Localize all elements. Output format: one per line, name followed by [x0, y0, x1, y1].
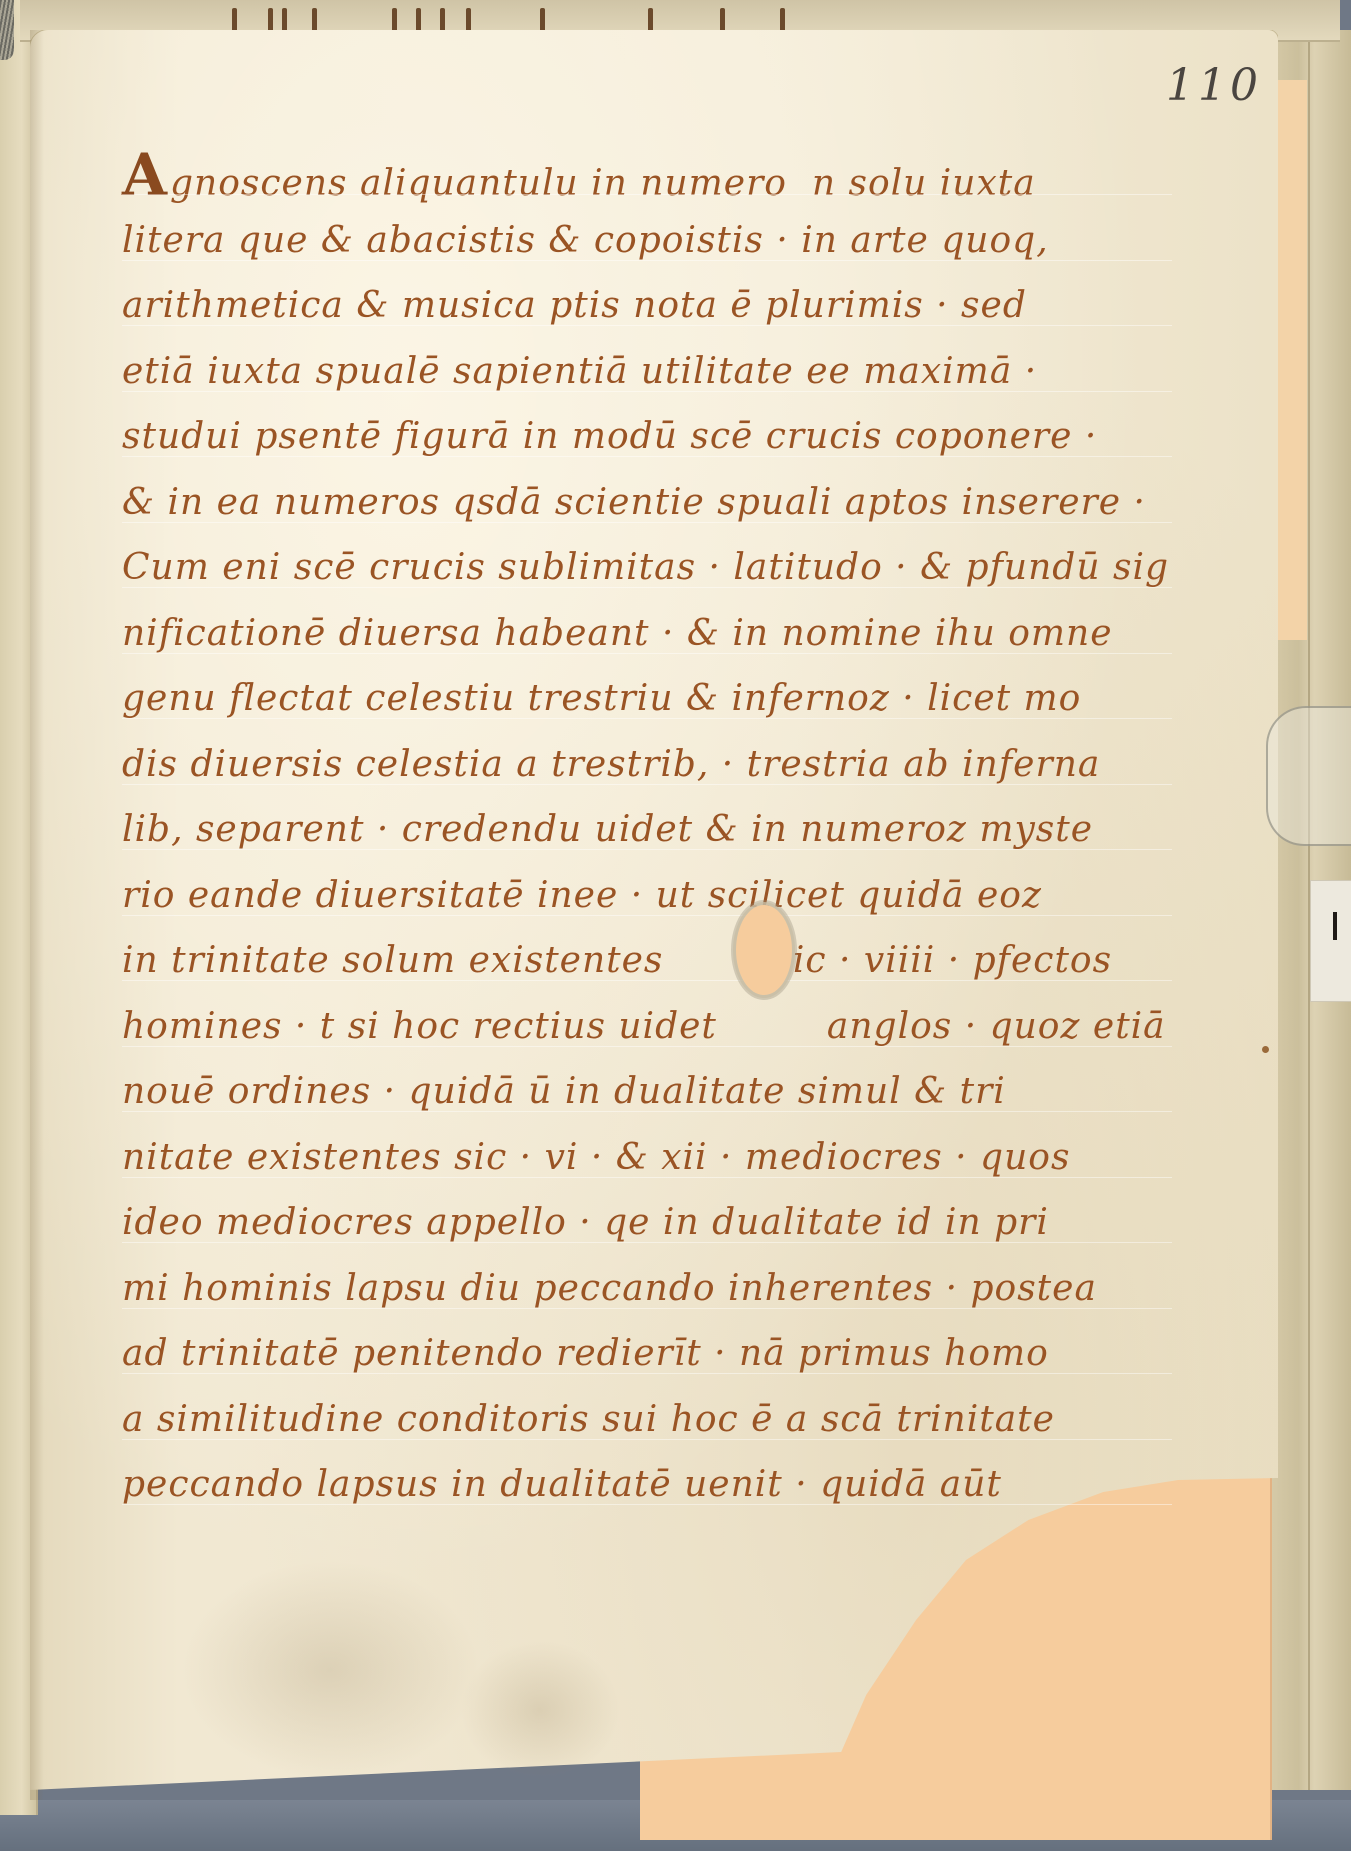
text-line: & in ea numeros qsdā scientie spuali apt… [122, 478, 1172, 544]
text-line: studui psentē figurā in modū scē crucis … [122, 412, 1172, 478]
parchment-hole [736, 905, 792, 995]
text-line: ideo mediocres appello · qe in dualitate… [122, 1198, 1172, 1264]
line-text: peccando lapsus in dualitatē uenit · qui… [122, 1464, 1002, 1505]
line-text: sic · viiii · pfectos [773, 940, 1112, 981]
text-line: arithmetica & musica ptis nota ē plurimi… [122, 281, 1172, 347]
text-line: a similitudine conditoris sui hoc ē a sc… [122, 1395, 1172, 1461]
line-text: dis diuersis celestia a trestrib, · tres… [122, 744, 1100, 785]
decorated-initial: A [122, 141, 168, 209]
line-text: ad trinitatē penitendo redierīt · nā pri… [122, 1333, 1049, 1374]
line-text: homines · t si hoc rectius uidet [122, 1006, 717, 1047]
line-text: n solu iuxta [812, 163, 1036, 204]
text-line: genu flectat celestiu trestriu & inferno… [122, 674, 1172, 740]
line-text: nificationē diuersa habeant · & in nomin… [122, 613, 1113, 654]
manuscript-photo: 110 Agnoscens aliquantulu in numero n so… [0, 0, 1351, 1851]
text-line: lib, separent · credendu uidet & in nume… [122, 805, 1172, 871]
line-text: nitate existentes sic · vi · & xii · med… [122, 1137, 1070, 1178]
line-text: rio eande diuersitatē inee · ut scilicet… [122, 875, 1042, 916]
line-text: gnoscens aliquantulu in numero [170, 163, 787, 204]
text-line: nificationē diuersa habeant · & in nomin… [122, 609, 1172, 675]
line-text: ideo mediocres appello · qe in dualitate… [122, 1202, 1049, 1243]
marginal-mark [1262, 1046, 1269, 1053]
text-line: homines · t si hoc rectius uidetanglos ·… [122, 1002, 1172, 1068]
line-text: arithmetica & musica ptis nota ē plurimi… [122, 285, 1027, 326]
text-line: nitate existentes sic · vi · & xii · med… [122, 1133, 1172, 1199]
shelf-label [1310, 880, 1351, 1002]
line-text: litera que & abacistis & copoistis · in … [122, 220, 1049, 261]
line-text: nouē ordines · quidā ū in dualitate simu… [122, 1071, 1006, 1112]
text-line: ad trinitatē penitendo redierīt · nā pri… [122, 1329, 1172, 1395]
binding-threads [0, 0, 14, 60]
text-line: rio eande diuersitatē inee · ut scilicet… [122, 871, 1172, 937]
line-text: mi hominis lapsu diu peccando inherentes… [122, 1268, 1097, 1309]
text-block: Agnoscens aliquantulu in numero n solu i… [122, 150, 1172, 1526]
clear-clip-tab [1266, 706, 1351, 846]
gutter-shadow [30, 30, 44, 1800]
line-text: studui psentē figurā in modū scē crucis … [122, 416, 1097, 457]
text-line: mi hominis lapsu diu peccando inherentes… [122, 1264, 1172, 1330]
line-text: lib, separent · credendu uidet & in nume… [122, 809, 1093, 850]
backing-paper-edge [1277, 80, 1307, 640]
text-line: dis diuersis celestia a trestrib, · tres… [122, 740, 1172, 806]
text-line: Cum eni scē crucis sublimitas · latitudo… [122, 543, 1172, 609]
line-text: etiā iuxta spualē sapientiā utilitate ee… [122, 351, 1037, 392]
shelf-label-mark [1333, 912, 1337, 940]
text-line: nouē ordines · quidā ū in dualitate simu… [122, 1067, 1172, 1133]
line-text: genu flectat celestiu trestriu & inferno… [122, 678, 1081, 719]
folio-number: 110 [1166, 60, 1262, 111]
line-text: Cum eni scē crucis sublimitas · latitudo… [122, 547, 1169, 588]
text-line: Agnoscens aliquantulu in numero n solu i… [122, 150, 1172, 216]
text-line: in trinitate solum existentessic · viiii… [122, 936, 1172, 1002]
text-line: etiā iuxta spualē sapientiā utilitate ee… [122, 347, 1172, 413]
line-text: & in ea numeros qsdā scientie spuali apt… [122, 482, 1146, 523]
line-text: a similitudine conditoris sui hoc ē a sc… [122, 1399, 1055, 1440]
text-line: peccando lapsus in dualitatē uenit · qui… [122, 1460, 1172, 1526]
line-text: in trinitate solum existentes [122, 940, 663, 981]
text-line: litera que & abacistis & copoistis · in … [122, 216, 1172, 282]
line-text: anglos · quoz etiā [827, 1006, 1166, 1047]
stain [460, 1640, 620, 1780]
stain [180, 1560, 480, 1780]
